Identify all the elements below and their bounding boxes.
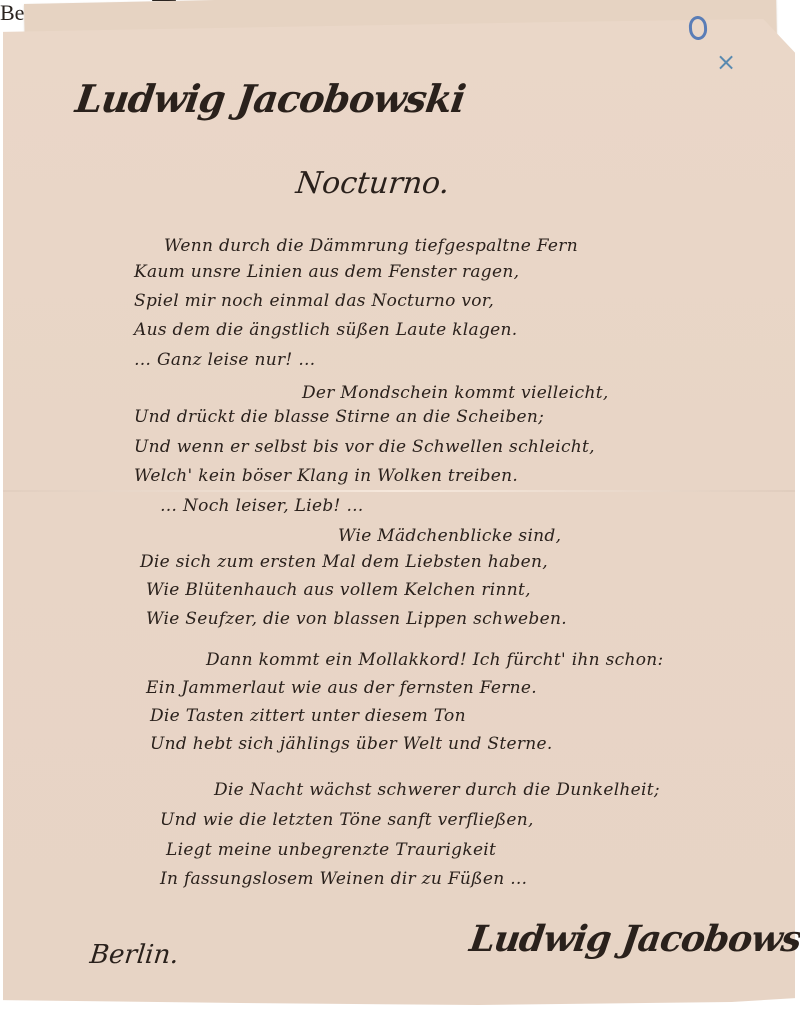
poem-line: Ein Jammerlaut wie aus der fernsten Fern…	[146, 678, 537, 698]
poem-line: Aus dem die ängstlich süßen Laute klagen…	[134, 320, 517, 340]
poem-line: Die sich zum ersten Mal dem Liebsten hab…	[140, 552, 548, 572]
poem-line: Liegt meine unbegrenzte Traurigkeit	[166, 840, 496, 860]
poem-line: Und hebt sich jählings über Welt und Ste…	[150, 734, 553, 754]
poem-line: Wie Mädchenblicke sind,	[338, 526, 561, 546]
poem-title: Nocturno.	[294, 166, 451, 201]
poem-line: Wenn durch die Dämmrung tiefgespaltne Fe…	[164, 236, 578, 256]
poem-line: Und wie die letzten Töne sanft verfließe…	[160, 810, 534, 830]
poem-line: Die Nacht wächst schwerer durch die Dunk…	[214, 780, 660, 800]
paper-fold-line	[3, 490, 795, 492]
closing-signature: Ludwig Jacobowski	[467, 918, 800, 960]
poem-line: Der Mondschein kommt vielleicht,	[302, 383, 609, 403]
poem-line: … Noch leiser, Lieb! …	[160, 496, 364, 516]
torn-paper-edge	[0, 1004, 800, 1012]
poem-line: In fassungslosem Weinen dir zu Füßen …	[160, 869, 527, 889]
poem-line: Und wenn er selbst bis vor die Schwellen…	[134, 437, 595, 457]
poem-line: Kaum unsre Linien aus dem Fenster ragen,	[134, 262, 519, 282]
closing-place: Berlin.	[88, 940, 180, 970]
letterhead-signature: Ludwig Jacobowski	[73, 76, 468, 121]
poem-line: Und drückt die blasse Stirne an die Sche…	[134, 407, 544, 427]
poem-line: Wie Blütenhauch aus vollem Kelchen rinnt…	[146, 580, 531, 600]
poem-line: Welch' kein böser Klang in Wolken treibe…	[134, 466, 518, 486]
poem-line: Wie Seufzer, die von blassen Lippen schw…	[146, 609, 567, 629]
poem-line: Spiel mir noch einmal das Nocturno vor,	[134, 291, 494, 311]
poem-line: Dann kommt ein Mollakkord! Ich fürcht' i…	[206, 650, 664, 670]
poem-line: Die Tasten zittert unter diesem Ton	[150, 706, 466, 726]
blue-pencil-cross-mark: ×	[716, 50, 736, 74]
poem-line: … Ganz leise nur! …	[134, 350, 316, 370]
